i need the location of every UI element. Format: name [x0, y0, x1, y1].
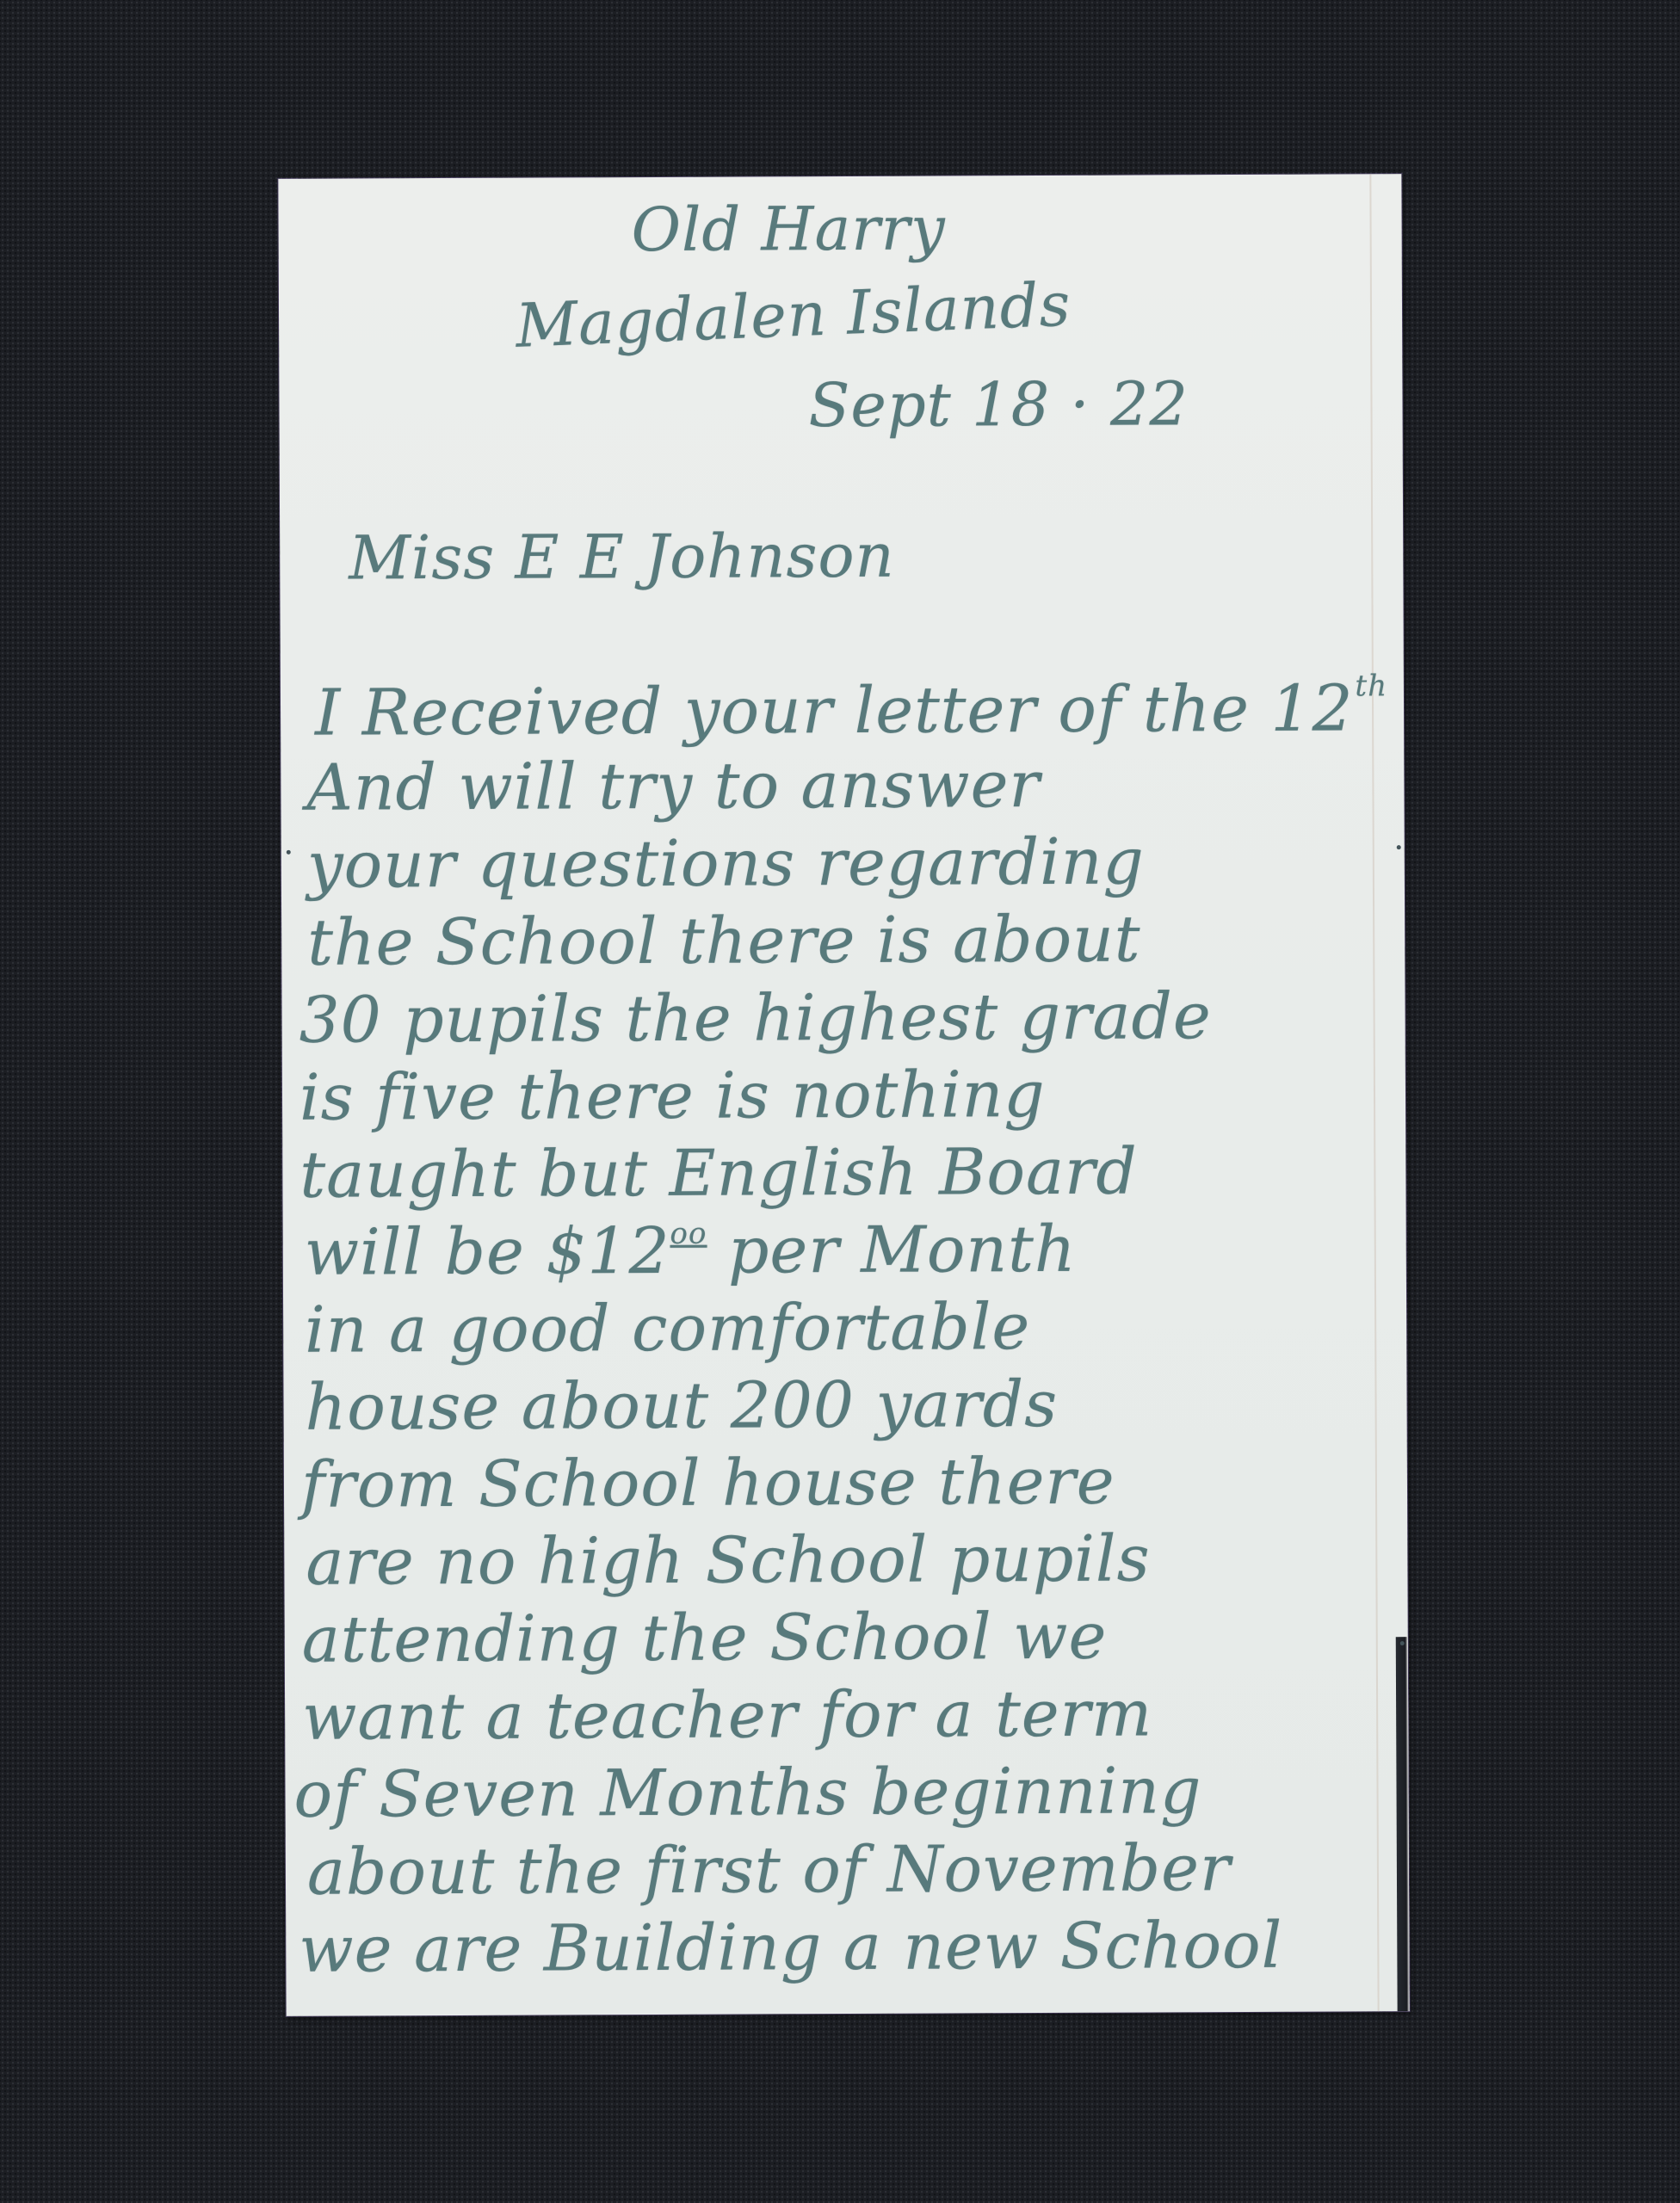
body-line: will be $12oo per Month	[305, 1213, 1077, 1290]
body-line: And will try to answer	[306, 748, 1041, 825]
margin-mark	[1397, 845, 1401, 849]
cents-superscript: oo	[670, 1217, 707, 1251]
body-line: I Received your letter of the 12th	[315, 669, 1387, 750]
margin-mark	[287, 850, 291, 855]
letter-date: Sept 18 · 22	[808, 368, 1189, 441]
body-line-text: I Received your letter of the 12	[315, 671, 1354, 750]
fold-line	[1369, 174, 1379, 2011]
body-line: 30 pupils the highest grade	[299, 979, 1211, 1058]
body-line: from School house there	[301, 1445, 1115, 1522]
body-line: taught but English Board	[300, 1135, 1138, 1213]
body-line: of Seven Months beginning	[293, 1754, 1201, 1832]
body-line: are no high School pupils	[306, 1521, 1151, 1599]
body-line-text: per Month	[707, 1213, 1076, 1288]
body-line: about the first of November	[307, 1831, 1232, 1910]
place-line-2: Magdalen Islands	[515, 269, 1072, 361]
body-line: house about 200 yards	[305, 1367, 1058, 1445]
body-line: the School there is about	[307, 902, 1141, 979]
body-line: your questions regarding	[307, 824, 1145, 902]
place-line-1: Old Harry	[631, 193, 945, 265]
page-edge-strip	[1396, 1637, 1410, 2011]
body-line: we are Building a new School	[299, 1909, 1282, 1987]
letter-page: Old Harry Magdalen Islands Sept 18 · 22 …	[278, 174, 1409, 2016]
body-line: in a good comfortable	[305, 1290, 1030, 1367]
body-line: is five there is nothing	[300, 1058, 1046, 1135]
body-line-text: will be $12	[305, 1214, 670, 1290]
salutation: Miss E E Johnson	[349, 521, 895, 594]
ordinal-suffix: th	[1355, 669, 1387, 703]
body-line: attending the School we	[302, 1600, 1108, 1677]
margin-mark	[1400, 1641, 1405, 1645]
body-line: want a teacher for a term	[302, 1676, 1152, 1754]
